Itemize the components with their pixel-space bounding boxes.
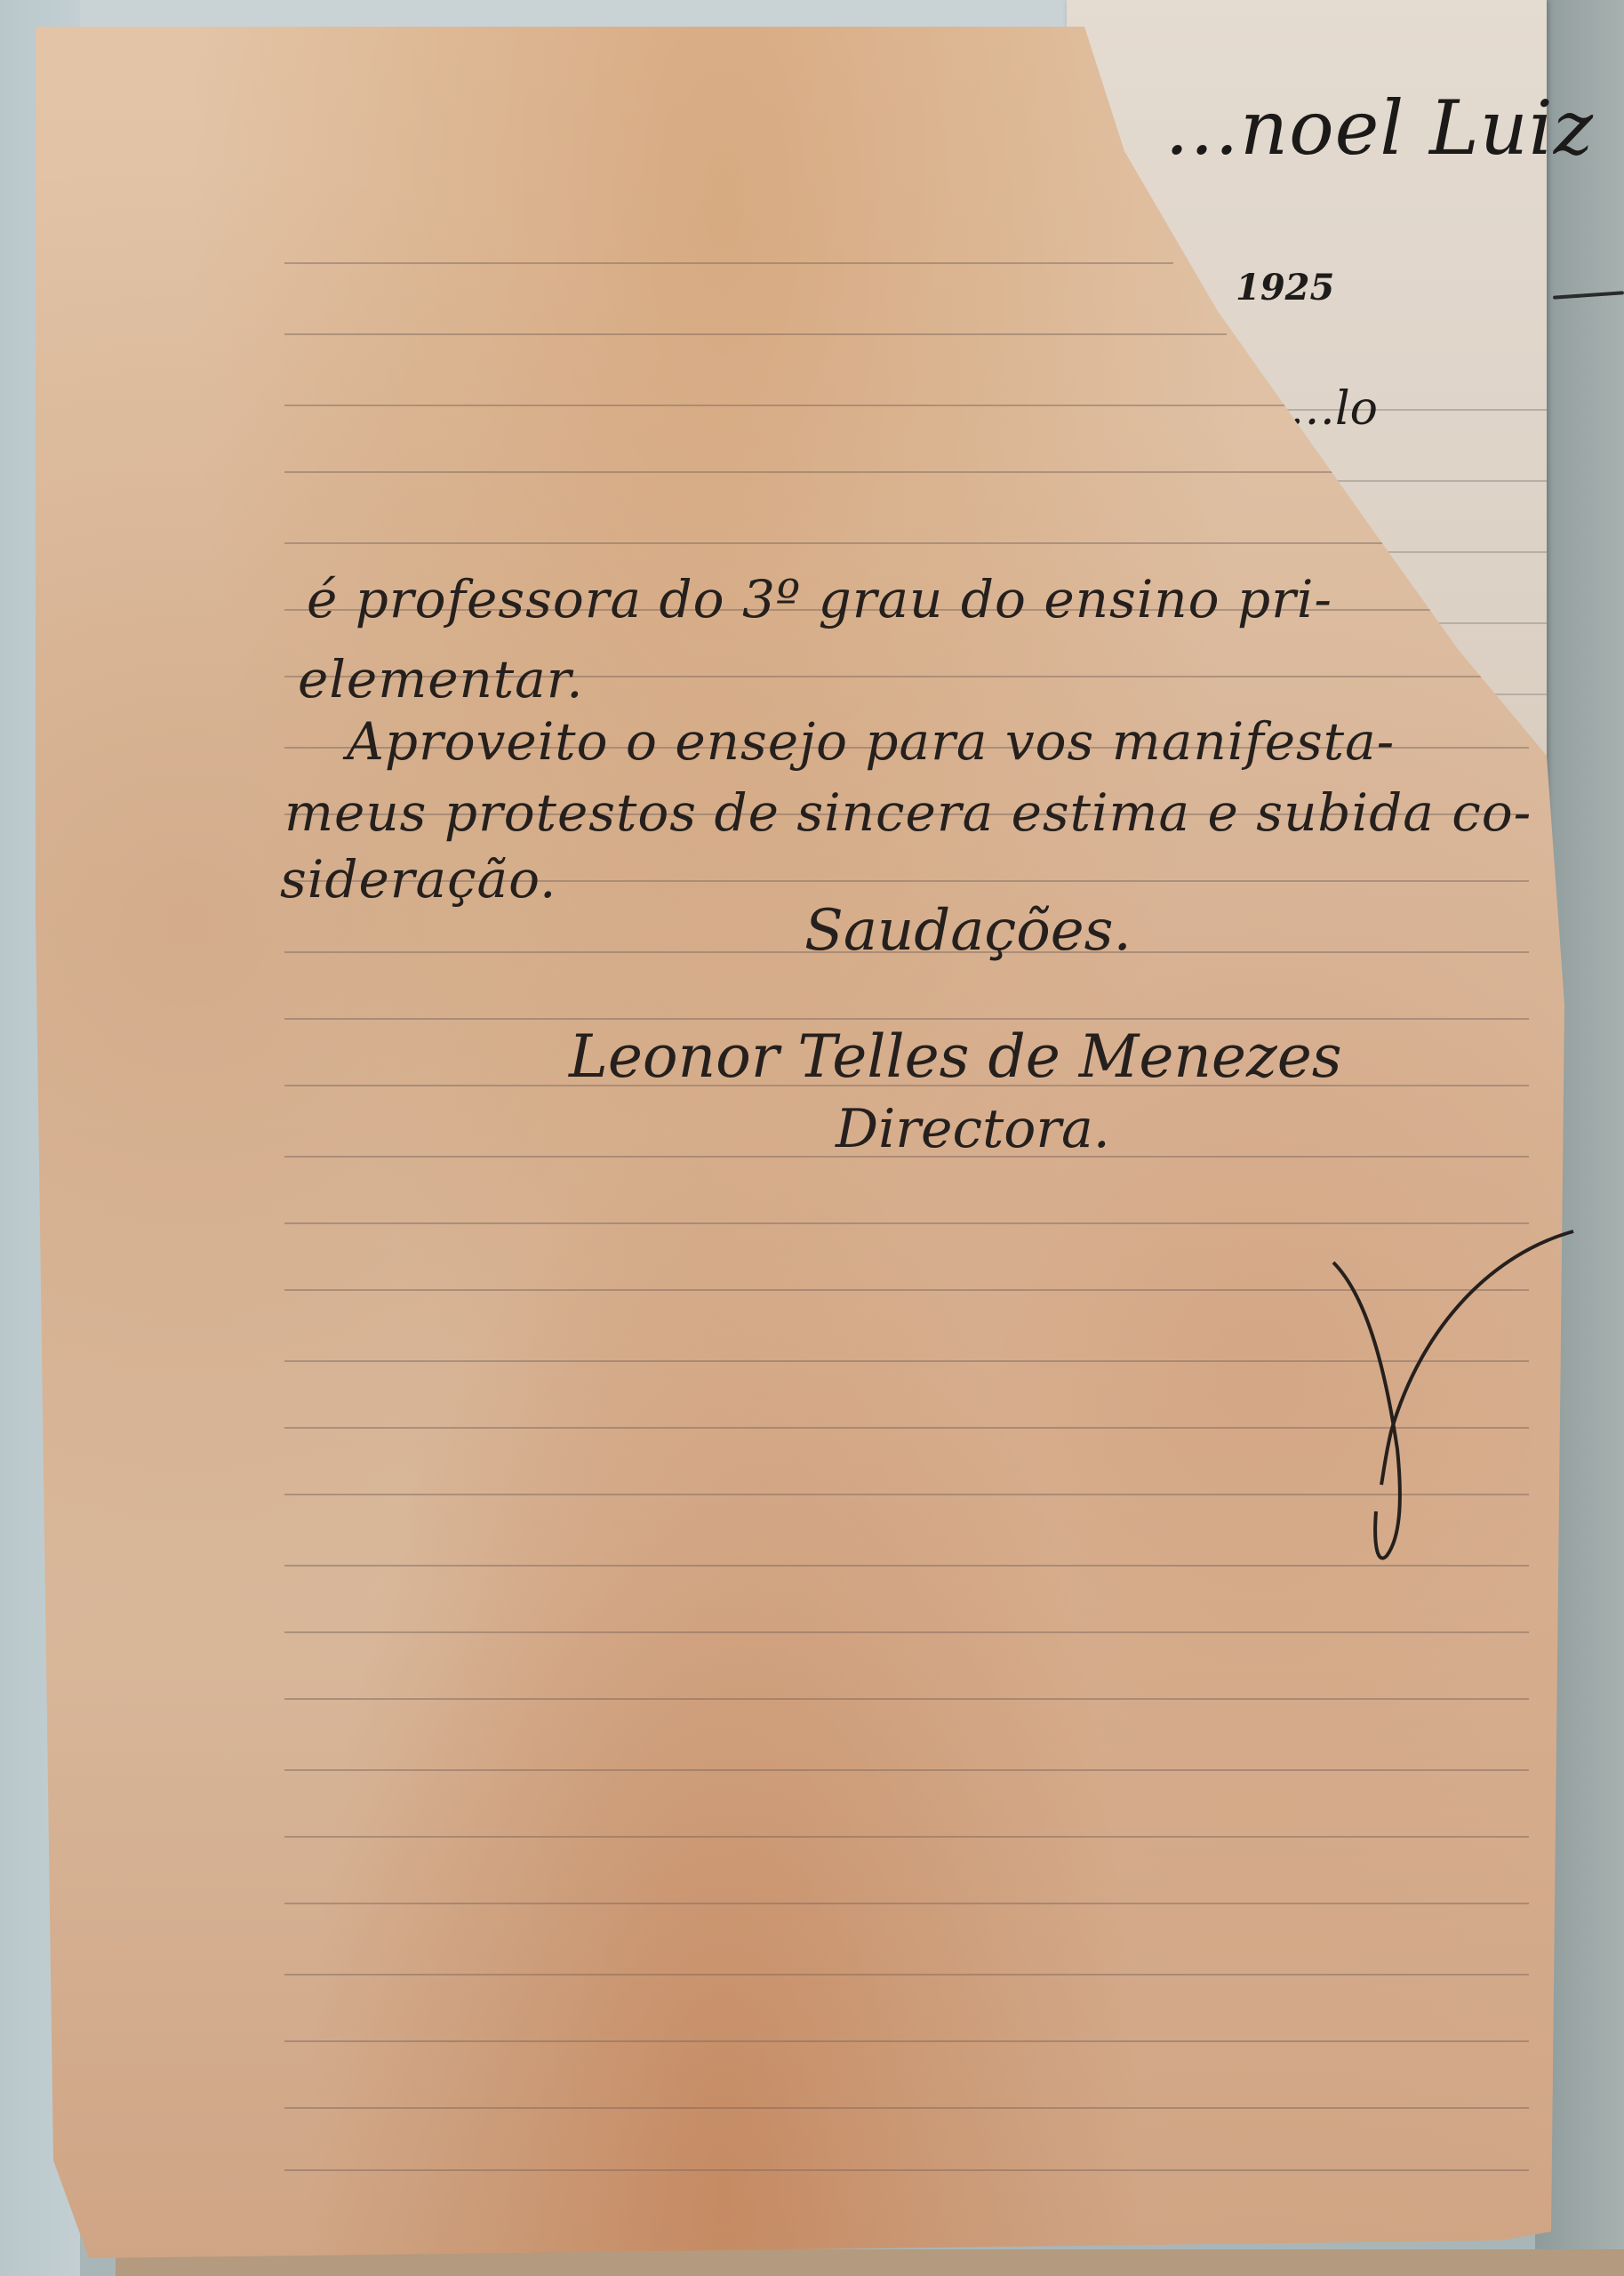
signature-name: Leonor Telles de Menezes <box>569 1022 1342 1091</box>
letter-body-line-2: elementar. <box>298 649 584 709</box>
letterhead-fragment: …lo <box>1289 382 1378 436</box>
ruled-line <box>284 333 1227 335</box>
ruled-line <box>284 2107 1529 2109</box>
ruled-line <box>284 1698 1529 1700</box>
ruled-line <box>284 1769 1529 1771</box>
ruled-line <box>284 1631 1529 1633</box>
paraph-flourish-icon <box>1316 1218 1582 1574</box>
ruled-line <box>284 405 1307 406</box>
ruled-line <box>284 262 1173 264</box>
letter-body-line-3: Aproveito o ensejo para vos manifesta- <box>347 711 1395 772</box>
letter-body-line-4: meus protestos de sincera estima e subid… <box>284 782 1532 843</box>
ruled-line <box>284 1974 1529 1975</box>
ruled-line <box>284 1903 1529 1904</box>
letterhead-year: 1925 <box>1236 267 1334 309</box>
ruled-line <box>284 471 1387 473</box>
letter-body-line-5: sideração. <box>280 849 556 910</box>
closing-salutation: Saudações. <box>804 898 1132 964</box>
letterhead-name: …noel Luiz <box>1164 84 1594 172</box>
ruled-line <box>284 1836 1529 1838</box>
ruled-line <box>284 1018 1529 1020</box>
letter-body-line-1: é professora do 3º grau do ensino pri- <box>307 569 1332 629</box>
signature-title: Directora. <box>836 1098 1110 1160</box>
ruled-line <box>284 542 1458 544</box>
ruled-line <box>284 2169 1529 2171</box>
ruled-line <box>284 2040 1529 2042</box>
